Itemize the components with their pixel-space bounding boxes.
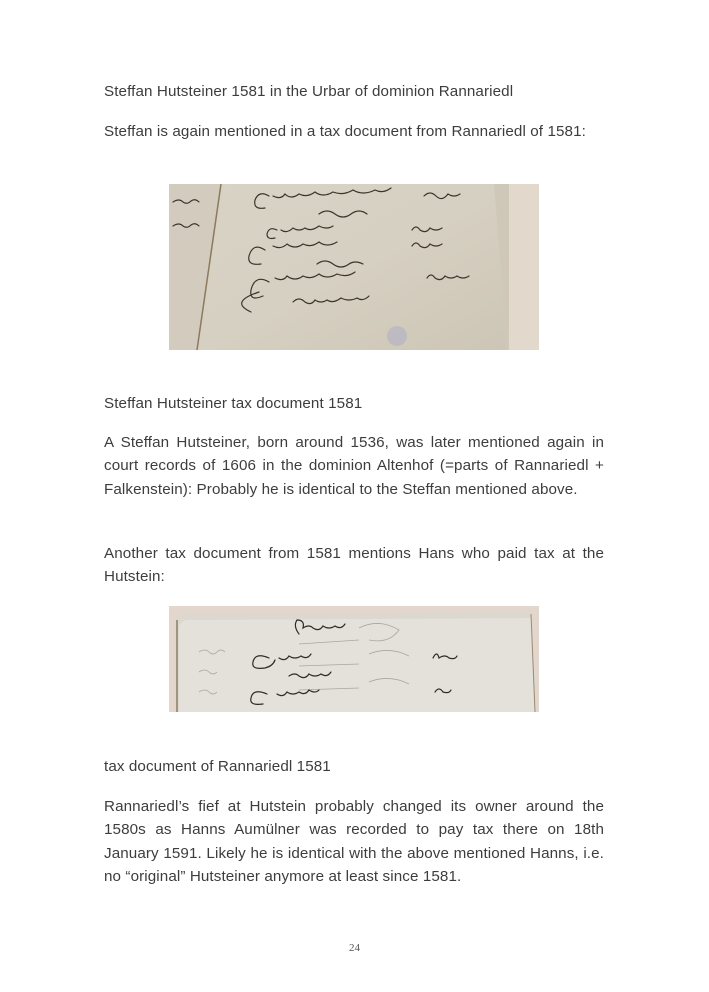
manuscript-image-2: [169, 606, 539, 712]
paragraph-intro: Steffan is again mentioned in a tax docu…: [104, 120, 604, 143]
manuscript-image-1: [169, 184, 539, 350]
paragraph-hans-tax: Another tax document from 1581 mentions …: [104, 542, 604, 589]
manuscript-photo-2: [169, 606, 539, 712]
image-2-caption: tax document of Rannariedl 1581: [104, 755, 604, 778]
section-heading: Steffan Hutsteiner 1581 in the Urbar of …: [104, 80, 604, 103]
page-number: 24: [0, 942, 709, 954]
manuscript-photo-1: [169, 184, 539, 350]
paragraph-court-records: A Steffan Hutsteiner, born around 1536, …: [104, 431, 604, 501]
image-1-caption: Steffan Hutsteiner tax document 1581: [104, 392, 604, 415]
document-page: Steffan Hutsteiner 1581 in the Urbar of …: [0, 0, 709, 992]
paragraph-fief-owner: Rannariedl’s fief at Hutstein probably c…: [104, 795, 604, 889]
